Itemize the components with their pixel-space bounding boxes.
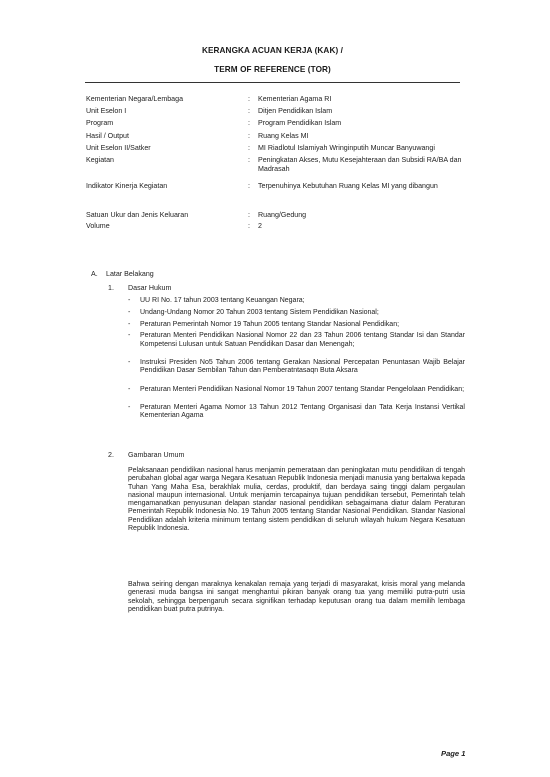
info-table: Kementerian Negara/Lembaga : Kementerian…: [86, 95, 486, 231]
info-label: Indikator Kinerja Kegiatan: [86, 182, 248, 191]
list-item-text: Instruksi Presiden No5 Tahun 2006 tentan…: [140, 359, 465, 376]
gambaran-umum-paragraph-2: Bahwa seiring dengan maraknya kenakalan …: [128, 581, 465, 614]
info-label: Hasil / Output: [86, 132, 248, 141]
bullet-dash: -: [128, 321, 140, 329]
list-item-text: Peraturan Menteri Pendidikan Nasional No…: [140, 332, 465, 349]
info-value: Ruang/Gedung: [258, 211, 486, 220]
bullet-dash: -: [128, 309, 140, 317]
info-label: Kegiatan: [86, 156, 248, 174]
info-colon: :: [248, 144, 258, 153]
info-label: Volume: [86, 222, 248, 231]
gambaran-umum-paragraph-1: Pelaksanaan pendidikan nasional harus me…: [128, 467, 465, 533]
info-colon: :: [248, 95, 258, 104]
info-colon: :: [248, 119, 258, 128]
info-label: Unit Eselon II/Satker: [86, 144, 248, 153]
section-marker: A.: [91, 270, 106, 279]
info-value: Kementerian Agama RI: [258, 95, 486, 104]
info-value: Peningkatan Akses, Mutu Kesejahteraan da…: [258, 156, 473, 174]
info-colon: :: [248, 182, 258, 191]
info-row-satuan: Satuan Ukur dan Jenis Keluaran : Ruang/G…: [86, 211, 486, 220]
info-value: Program Pendidikan Islam: [258, 119, 486, 128]
info-colon: :: [248, 107, 258, 116]
subsection-1-heading: 1.Dasar Hukum: [108, 284, 171, 293]
list-item: - Peraturan Menteri Agama Nomor 13 Tahun…: [128, 404, 465, 421]
info-value: 2: [258, 222, 486, 231]
title-line-2: TERM OF REFERENCE (TOR): [85, 61, 460, 80]
info-colon: :: [248, 156, 258, 174]
subsection-title: Gambaran Umum: [128, 451, 184, 459]
subsection-title: Dasar Hukum: [128, 284, 171, 292]
section-a-heading: A.Latar Belakang: [91, 270, 154, 279]
info-colon: :: [248, 132, 258, 141]
subsection-marker: 1.: [108, 284, 128, 293]
info-colon: :: [248, 222, 258, 231]
document-page: KERANGKA ACUAN KERJA (KAK) / TERM OF REF…: [0, 0, 550, 777]
info-value: Terpenuhinya Kebutuhan Ruang Kelas MI ya…: [258, 182, 486, 191]
dasar-hukum-list: - UU RI No. 17 tahun 2003 tentang Keuang…: [128, 297, 465, 424]
info-label: Unit Eselon I: [86, 107, 248, 116]
info-value: MI Riadlotul Islamiyah Wringinputih Munc…: [258, 144, 486, 153]
list-item: - Undang-Undang Nomor 20 Tahun 2003 tent…: [128, 309, 465, 317]
bullet-dash: -: [128, 404, 140, 421]
bullet-dash: -: [128, 297, 140, 305]
list-item: - Peraturan Menteri Pendidikan Nasional …: [128, 332, 465, 349]
subsection-2-heading: 2.Gambaran Umum: [108, 451, 184, 460]
info-row-program: Program : Program Pendidikan Islam: [86, 119, 486, 128]
info-value: Ruang Kelas MI: [258, 132, 486, 141]
info-label: Satuan Ukur dan Jenis Keluaran: [86, 211, 248, 220]
list-item-text: Peraturan Menteri Agama Nomor 13 Tahun 2…: [140, 404, 465, 421]
info-row-satker: Unit Eselon II/Satker : MI Riadlotul Isl…: [86, 144, 486, 153]
info-colon: :: [248, 211, 258, 220]
info-row-unit-eselon-1: Unit Eselon I : Ditjen Pendidikan Islam: [86, 107, 486, 116]
list-item-text: UU RI No. 17 tahun 2003 tentang Keuangan…: [140, 297, 465, 305]
info-row-hasil-output: Hasil / Output : Ruang Kelas MI: [86, 132, 486, 141]
info-value: Ditjen Pendidikan Islam: [258, 107, 486, 116]
list-item: - Peraturan Pemerintah Nomor 19 Tahun 20…: [128, 321, 465, 329]
list-item-text: Undang-Undang Nomor 20 Tahun 2003 tentan…: [140, 309, 465, 317]
list-item-text: Peraturan Pemerintah Nomor 19 Tahun 2005…: [140, 321, 465, 329]
document-title: KERANGKA ACUAN KERJA (KAK) / TERM OF REF…: [85, 42, 460, 83]
bullet-dash: -: [128, 386, 140, 394]
info-label: Kementerian Negara/Lembaga: [86, 95, 248, 104]
subsection-marker: 2.: [108, 451, 128, 460]
bullet-dash: -: [128, 332, 140, 349]
list-item: - Instruksi Presiden No5 Tahun 2006 tent…: [128, 359, 465, 376]
list-item: - Peraturan Menteri Pendidikan Nasional …: [128, 386, 465, 394]
info-label: Program: [86, 119, 248, 128]
page-number: Page 1: [441, 749, 465, 758]
info-row-kementerian: Kementerian Negara/Lembaga : Kementerian…: [86, 95, 486, 104]
info-row-volume: Volume : 2: [86, 222, 486, 231]
bullet-dash: -: [128, 359, 140, 376]
info-row-indikator: Indikator Kinerja Kegiatan : Terpenuhiny…: [86, 182, 486, 191]
info-row-kegiatan: Kegiatan : Peningkatan Akses, Mutu Kesej…: [86, 156, 486, 174]
list-item: - UU RI No. 17 tahun 2003 tentang Keuang…: [128, 297, 465, 305]
section-title: Latar Belakang: [106, 270, 154, 278]
title-line-1: KERANGKA ACUAN KERJA (KAK) /: [85, 42, 460, 61]
list-item-text: Peraturan Menteri Pendidikan Nasional No…: [140, 386, 465, 394]
